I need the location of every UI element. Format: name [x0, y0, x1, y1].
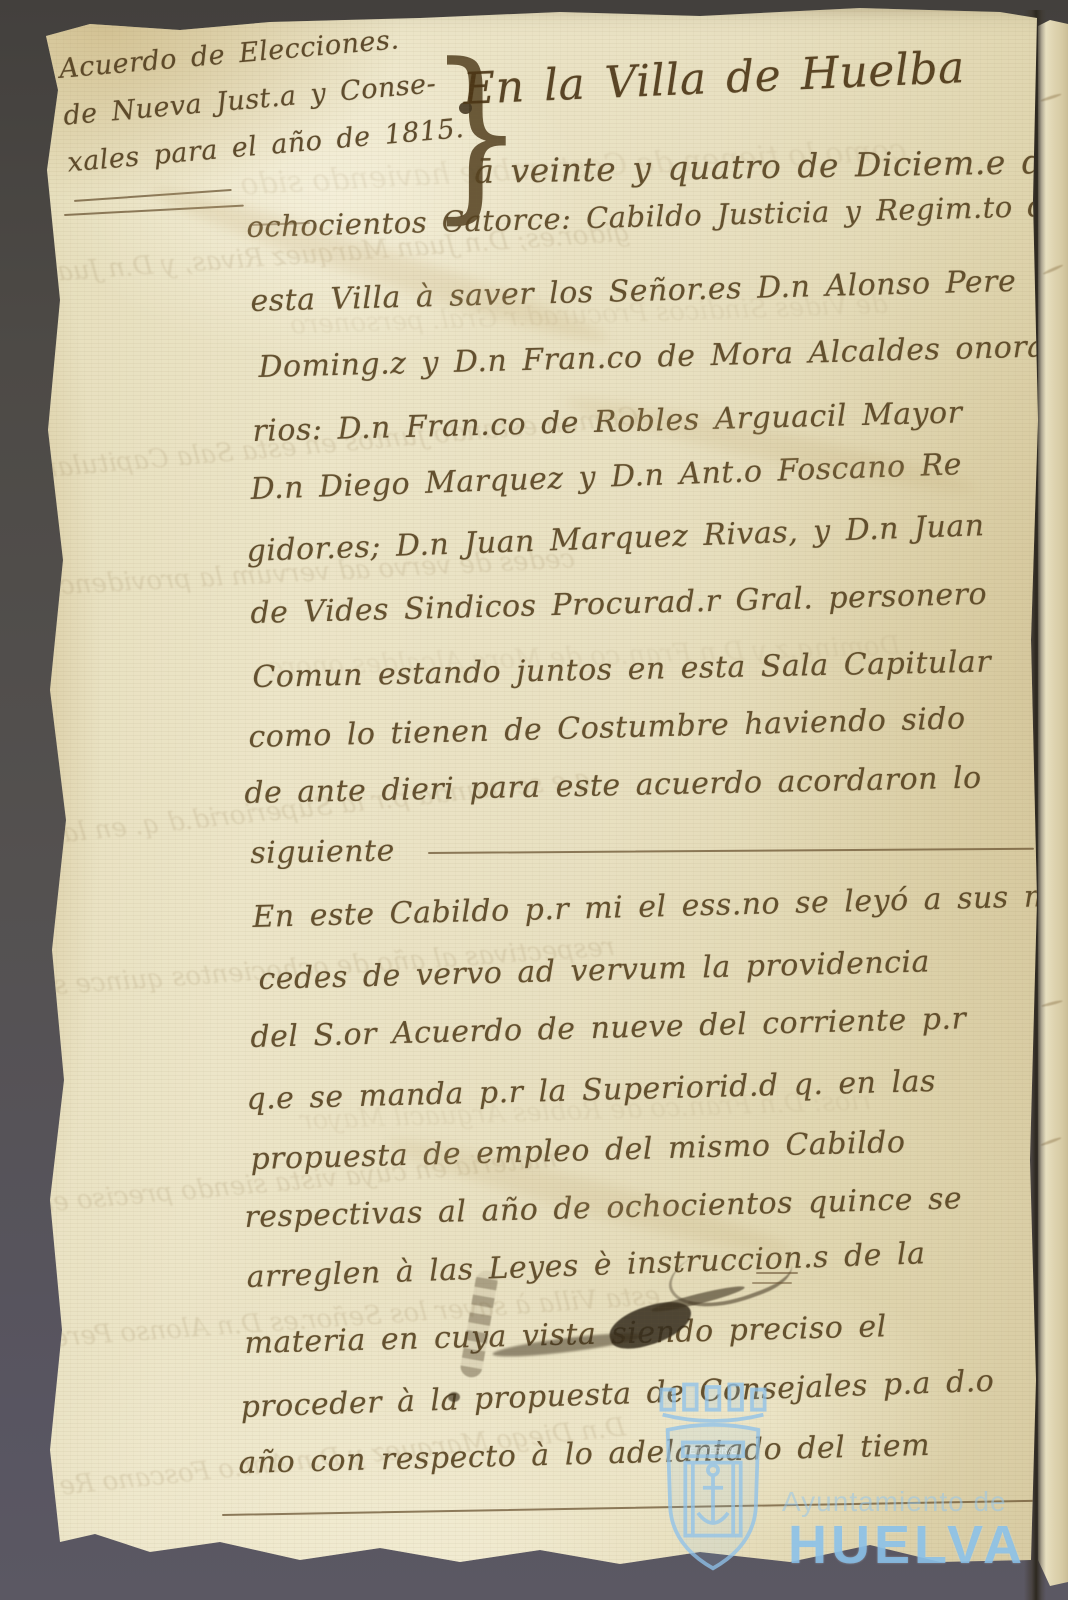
- manuscript-line: ochocientos Catorce: Cabildo Justicia y …: [246, 189, 1065, 244]
- separator-rule: [428, 848, 1034, 854]
- dash-mark: [756, 1272, 798, 1274]
- manuscript-line: gidor.es; D.n Juan Marquez Rivas, y D.n …: [246, 508, 985, 569]
- ink-dot: [448, 1392, 460, 1402]
- scanned-manuscript: gidor.es; D.n Juan Marquez Rivas, y D.n …: [0, 0, 1068, 1600]
- manuscript-line: de Vides Sindicos Procurad.r Gral. perso…: [250, 577, 987, 631]
- dash-mark: [752, 1282, 792, 1284]
- manuscript-line: cedes de vervo ad vervum la providencia: [258, 944, 930, 997]
- margin-note: Acuerdo de Elecciones. de Nueva Just.a y…: [58, 17, 487, 178]
- bottom-rule: [222, 1500, 1034, 1516]
- manuscript-line: En este Cabildo p.r mi el ess.no se leyó…: [252, 879, 1063, 935]
- manuscript-line: arreglen à las Leyes è instruccion.s de …: [246, 1236, 926, 1295]
- manuscript-line: del S.or Acuerdo de nueve del corriente …: [250, 1001, 967, 1055]
- manuscript-line: ā veinte y quatro de Diciem.e de m: [474, 141, 1068, 191]
- manuscript-line: propuesta de empleo del mismo Cabildo: [250, 1125, 906, 1177]
- manuscript-line: como lo tienen de Costumbre haviendo sid…: [248, 701, 966, 755]
- manuscript-line: de ante dieri para este acuerdo acordaro…: [244, 761, 982, 811]
- manuscript-line: q.e se manda p.r la Superiorid.d q. en l…: [246, 1064, 936, 1117]
- manuscript-line: año con respecto à lo adelantado del tie…: [238, 1428, 931, 1481]
- manuscript-line: Comun estando juntos en esta Sala Capitu…: [252, 645, 991, 695]
- manuscript-line: Doming.z y D.n Fran.co de Mora Alcaldes …: [258, 329, 1046, 385]
- manuscript-page: gidor.es; D.n Juan Marquez Rivas, y D.n …: [0, 0, 1068, 1600]
- manuscript-line: materia en cuya vista siendo preciso el: [244, 1309, 887, 1361]
- manuscript-line: proceder à la propuesta de Consejales p.…: [240, 1364, 995, 1425]
- manuscript-line: En la Villa de Huelba: [462, 42, 966, 115]
- manuscript-line: siguiente: [250, 833, 395, 871]
